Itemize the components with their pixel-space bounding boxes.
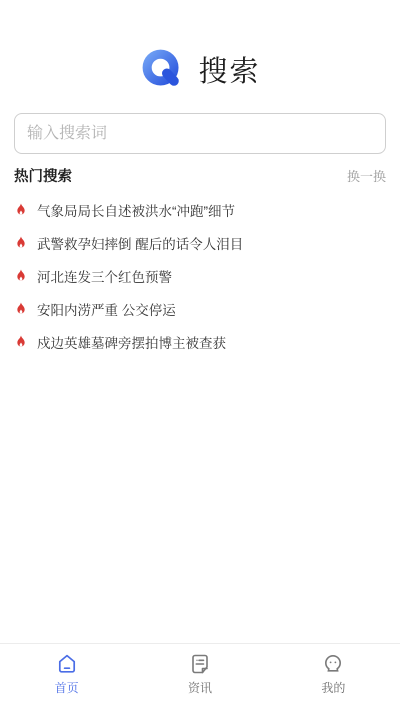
- q-search-logo-icon: [139, 46, 185, 92]
- page-title: 搜索: [198, 49, 260, 90]
- tab-profile[interactable]: 我的: [267, 644, 400, 704]
- search-app-screen: 搜索 热门搜索 换一换 气象局局长自述被洪水“冲跑”细节: [0, 0, 400, 704]
- hot-search-title: 热门搜索: [14, 165, 72, 186]
- hot-search-item-text: 河北连发三个红色预警: [37, 266, 172, 286]
- flame-icon: [14, 202, 28, 217]
- bottom-tab-bar: 首页 资讯 我的: [0, 643, 400, 704]
- search-bar: [14, 113, 386, 154]
- hot-search-header: 热门搜索 换一换: [14, 165, 386, 186]
- tab-news-label: 资讯: [188, 679, 212, 696]
- hot-search-item[interactable]: 戍边英雄墓碑旁摆拍博主被查获: [14, 325, 386, 358]
- refresh-hot-search-button[interactable]: 换一换: [347, 166, 386, 185]
- flame-icon: [14, 301, 28, 316]
- hot-search-item-text: 气象局局长自述被洪水“冲跑”细节: [37, 200, 235, 220]
- tab-home-label: 首页: [55, 679, 79, 696]
- hot-search-item-text: 武警救孕妇摔倒 醒后的话令人泪目: [37, 233, 243, 253]
- hot-search-list: 气象局局长自述被洪水“冲跑”细节 武警救孕妇摔倒 醒后的话令人泪目 河北连发三个…: [14, 193, 386, 358]
- app-header: 搜索: [0, 44, 400, 94]
- hot-search-item-text: 安阳内涝严重 公交停运: [37, 299, 176, 319]
- tab-home[interactable]: 首页: [0, 644, 133, 704]
- profile-icon: [321, 652, 345, 676]
- hot-search-item[interactable]: 武警救孕妇摔倒 醒后的话令人泪目: [14, 226, 386, 259]
- flame-icon: [14, 235, 28, 250]
- flame-icon: [14, 334, 28, 349]
- hot-search-item[interactable]: 河北连发三个红色预警: [14, 259, 386, 292]
- search-input[interactable]: [14, 113, 386, 154]
- tab-news[interactable]: 资讯: [133, 644, 266, 704]
- home-icon: [55, 652, 79, 676]
- hot-search-item-text: 戍边英雄墓碑旁摆拍博主被查获: [37, 332, 226, 352]
- tab-profile-label: 我的: [321, 679, 345, 696]
- hot-search-item[interactable]: 安阳内涝严重 公交停运: [14, 292, 386, 325]
- flame-icon: [14, 268, 28, 283]
- news-icon: [188, 652, 212, 676]
- hot-search-item[interactable]: 气象局局长自述被洪水“冲跑”细节: [14, 193, 386, 226]
